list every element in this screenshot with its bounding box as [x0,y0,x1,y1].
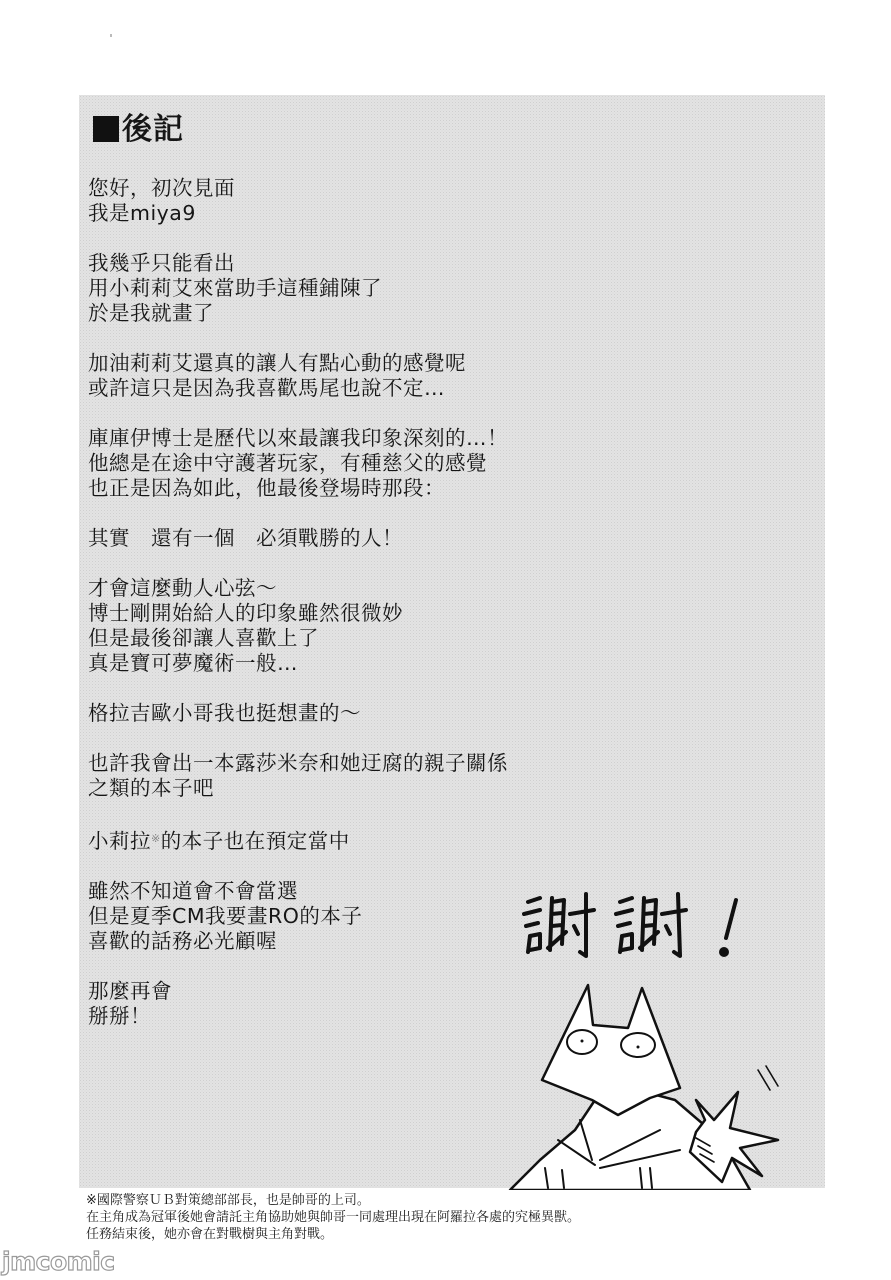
text-line: 於是我就畫了 [88,301,508,326]
square-bullet-icon [93,116,119,142]
cat-character-illustration [500,970,830,1190]
text-line: 也正是因為如此，他最後登場時那段： [88,476,508,501]
handwritten-thanks-icon [500,880,760,970]
text-line: 博士剛開始給人的印象雖然很微妙 [88,601,508,626]
text-line: 那麼再會 [88,979,508,1004]
scan-speck [110,34,112,37]
text-line: 用小莉莉艾來當助手這種鋪陳了 [88,276,508,301]
paragraph: 格拉吉歐小哥我也挺想畫的～ [88,701,508,726]
text-line: 其實 還有一個 必須戰勝的人！ [88,526,508,551]
text-fragment: 小莉拉 [88,829,151,853]
text-line: 他總是在途中守護著玩家，有種慈父的感覺 [88,451,508,476]
text-line: 我幾乎只能看出 [88,251,508,276]
watermark-logo: jmcomic [2,1247,115,1276]
paragraph-quote: 其實 還有一個 必須戰勝的人！ [88,526,508,551]
page-title: 後記 [93,112,184,148]
text-line: 您好，初次見面 [88,176,508,201]
text-line: 加油莉莉艾還真的讓人有點心動的感覺呢 [88,351,508,376]
text-line: 我是miya9 [88,201,508,226]
paragraph: 加油莉莉艾還真的讓人有點心動的感覺呢 或許這只是因為我喜歡馬尾也說不定… [88,351,508,401]
text-line: 小莉拉※的本子也在預定當中 [88,826,508,854]
text-line: 掰掰！ [88,1004,508,1029]
footnote-line: 任務結束後，她亦會在對戰樹與主角對戰。 [86,1226,580,1243]
paragraph: 才會這麼動人心弦～ 博士剛開始給人的印象雖然很微妙 但是最後卻讓人喜歡上了 真是… [88,576,508,676]
paragraph: 雖然不知道會不會當選 但是夏季CM我要畫RO的本子 喜歡的話務必光顧喔 [88,879,508,954]
text-line: 或許這只是因為我喜歡馬尾也說不定… [88,376,508,401]
paragraph: 我幾乎只能看出 用小莉莉艾來當助手這種鋪陳了 於是我就畫了 [88,251,508,326]
text-line: 雖然不知道會不會當選 [88,879,508,904]
text-line: 之類的本子吧 [88,776,508,801]
text-line: 庫庫伊博士是歷代以來最讓我印象深刻的…！ [88,426,508,451]
text-line: 真是寶可夢魔術一般… [88,651,508,676]
text-line: 格拉吉歐小哥我也挺想畫的～ [88,701,508,726]
text-line: 但是最後卻讓人喜歡上了 [88,626,508,651]
text-line: 才會這麼動人心弦～ [88,576,508,601]
text-line: 也許我會出一本露莎米奈和她迂腐的親子關係 [88,751,508,776]
paragraph-greeting: 您好，初次見面 我是miya9 [88,176,508,226]
paragraph: 也許我會出一本露莎米奈和她迂腐的親子關係 之類的本子吧 [88,751,508,801]
paragraph: 庫庫伊博士是歷代以來最讓我印象深刻的…！ 他總是在途中守護著玩家，有種慈父的感覺… [88,426,508,501]
text-line: 但是夏季CM我要畫RO的本子 [88,904,508,929]
footnote-line: ※國際警察ＵＢ對策總部部長，也是帥哥的上司。 [86,1192,580,1209]
reference-mark: ※ [151,832,161,845]
paragraph-with-reference: 小莉拉※的本子也在預定當中 [88,826,508,854]
title-text: 後記 [122,112,184,147]
paragraph-farewell: 那麼再會 掰掰！ [88,979,508,1029]
text-fragment: 的本子也在預定當中 [161,829,350,853]
afterword-body: 您好，初次見面 我是miya9 我幾乎只能看出 用小莉莉艾來當助手這種鋪陳了 於… [88,176,508,1054]
text-line: 喜歡的話務必光顧喔 [88,929,508,954]
footnote-line: 在主角成為冠軍後她會請託主角協助她與帥哥一同處理出現在阿羅拉各處的究極異獸。 [86,1209,580,1226]
footnote: ※國際警察ＵＢ對策總部部長，也是帥哥的上司。 在主角成為冠軍後她會請託主角協助她… [86,1192,580,1243]
